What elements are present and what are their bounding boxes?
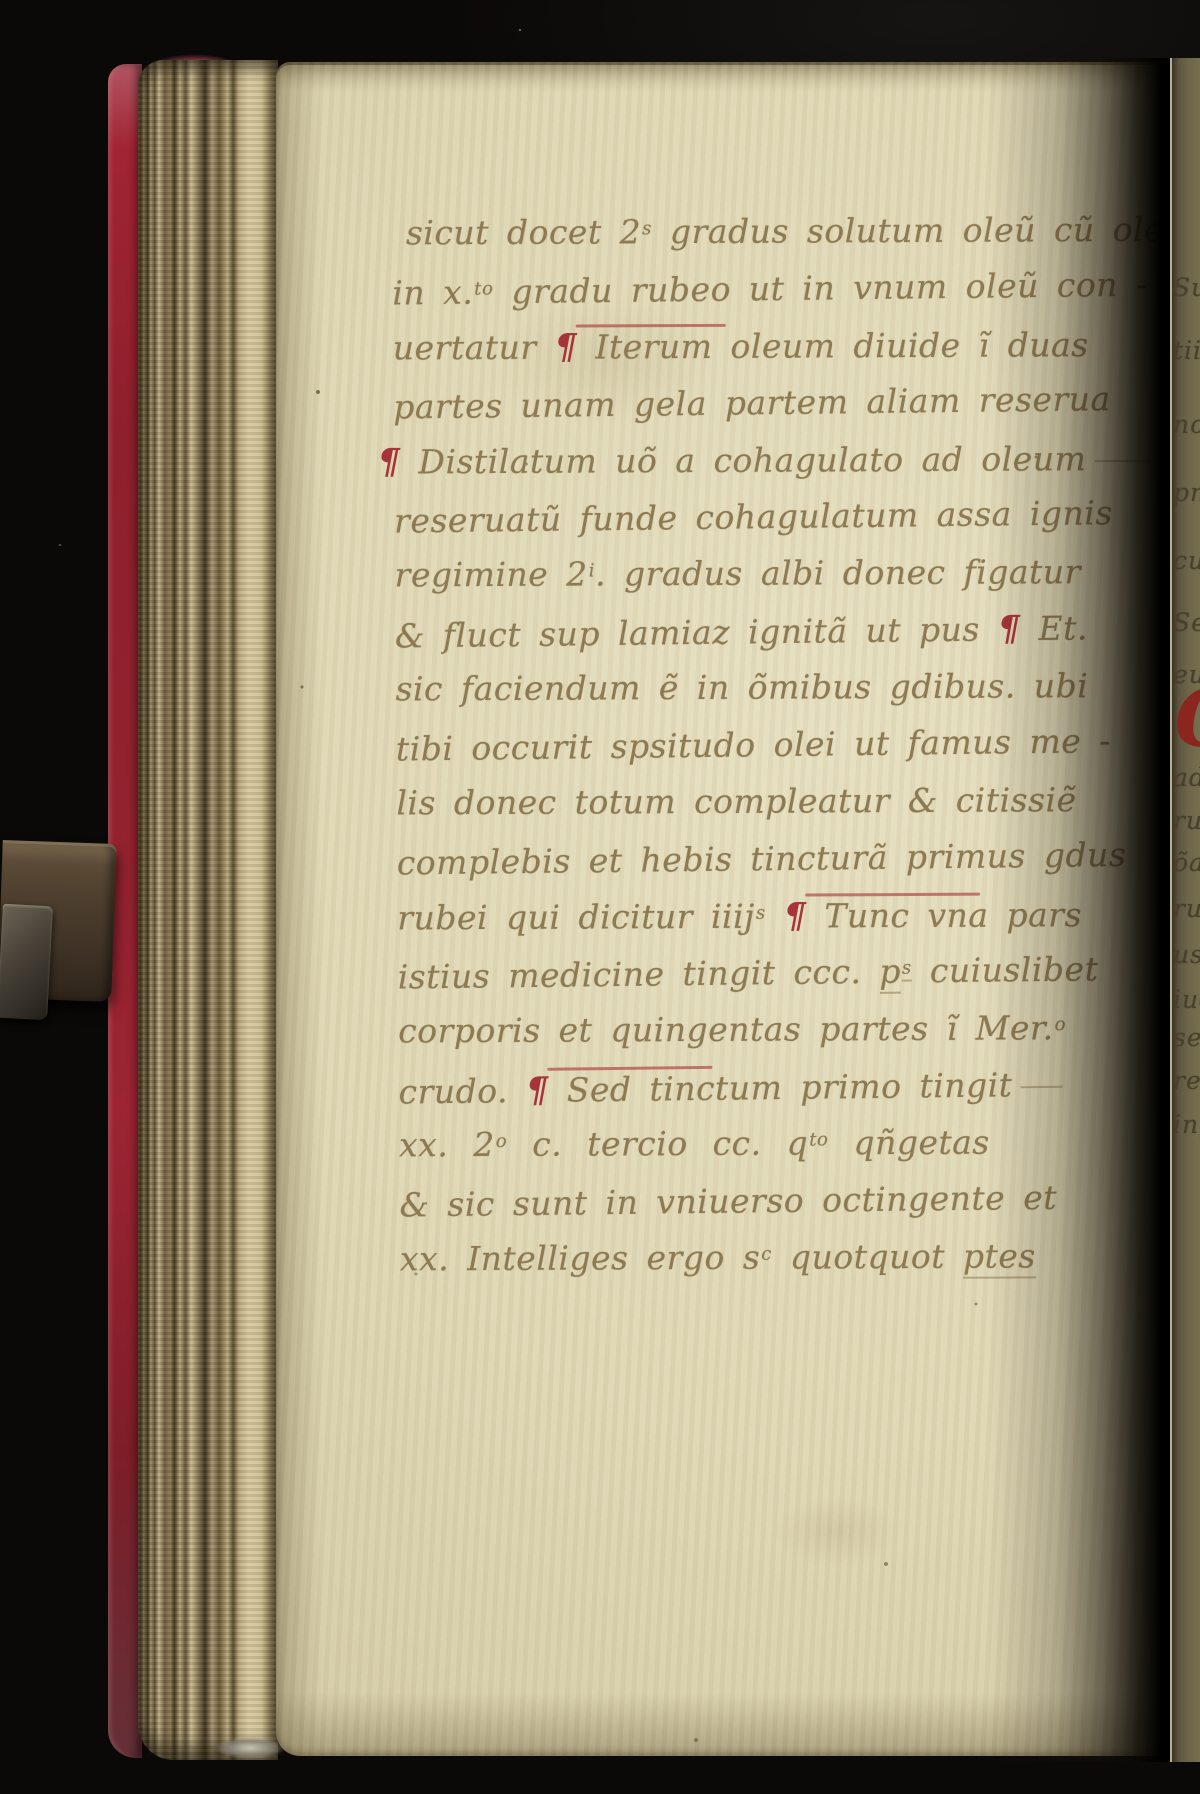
page-edge-stack [138, 60, 278, 1760]
text-line: reseruatũ funde cohagulatum assa ignis [394, 495, 995, 559]
text-segment: lis donec totum compleatur & citissiẽ [396, 780, 1076, 822]
pilcrow-mark: ¶ [784, 895, 807, 936]
text-segment: s [756, 903, 766, 924]
clasp-catch-bottom [214, 1737, 286, 1759]
facing-text-fragment: cut [1173, 546, 1200, 575]
text-segment: xx. Intelliges ergo s [400, 1238, 760, 1279]
clasp-buckle [0, 904, 53, 1020]
pilcrow-mark: ¶ [555, 327, 578, 368]
text-segment: & fluct sup lamiaz ignitã ut pus [395, 609, 998, 655]
text-segment: xx. 2 [399, 1125, 495, 1164]
text-line: ¶ Distilatum uõ a cohagulato ad oleum [378, 439, 994, 499]
facing-text-fragment: Sed t [1173, 608, 1200, 637]
facing-text-fragment: rubeu [1173, 894, 1200, 923]
text-line: in x.to gradu rubeo ut in vnum oleũ con … [392, 267, 993, 331]
text-segment: to [809, 1129, 828, 1150]
pilcrow-mark: ¶ [526, 1070, 549, 1111]
text-segment: Sed tinctum primo tingit [549, 1065, 1013, 1109]
text-block: sicut docet 2s gradus solutum oleũ cũ ol… [392, 210, 1000, 1298]
text-segment: s [902, 957, 912, 981]
text-segment: p [879, 952, 901, 994]
facing-text-fragment: õale [1173, 848, 1200, 877]
facing-text-fragment: ust [1173, 940, 1200, 969]
text-segment: sicut docet 2 [406, 212, 641, 252]
text-line: xx. 2o c. tercio cc. qto qñgetas [399, 1123, 999, 1183]
text-segment [766, 897, 784, 936]
text-line: sicut docet 2s gradus solutum oleũ cũ ol… [406, 211, 992, 271]
facing-page-sliver: SunttiiqnoupmcutSed teuamQad qrubrõaleru… [1170, 58, 1200, 1762]
text-segment: in x. [392, 273, 473, 313]
text-segment: quotquot [772, 1237, 963, 1277]
text-segment: corporis et quingentas partes ĩ Mer. [398, 1008, 1054, 1050]
text-line: corporis et quingentas partes ĩ Mer.o [398, 1009, 998, 1069]
facing-text-fragment: tiiq [1173, 336, 1200, 365]
text-segment: o [496, 1131, 508, 1152]
text-line: sic faciendum ẽ in õmibus gdibus. ubi [395, 667, 995, 727]
facing-text-fragment: pm [1173, 478, 1200, 507]
photo-background: sicut docet 2s gradus solutum oleũ cũ ol… [0, 0, 1200, 1794]
facing-text-fragment: ad q [1173, 763, 1200, 792]
text-line: tibi occurit spsitudo olei ut famus me - [396, 722, 997, 786]
facing-text-fragment: nou [1173, 410, 1200, 439]
text-segment: qñgetas [828, 1123, 990, 1163]
text-line: & fluct sup lamiaz ignitã ut pus ¶ Et. [395, 608, 996, 672]
facing-text-fragment: rubr [1173, 806, 1200, 835]
text-line: rubei qui dicitur iiijs ¶ Tunc vna pars [397, 895, 997, 955]
text-segment: regimine 2 [395, 555, 588, 595]
text-segment: istius medicine tingit ccc. [397, 952, 879, 997]
text-segment: to [474, 278, 493, 299]
text-line: istius medicine tingit ccc. ps cuiuslibe… [397, 950, 998, 1014]
facing-initial-Q: Q [1173, 683, 1200, 753]
text-line: xx. Intelliges ergo sc quotquot ptes [400, 1237, 1000, 1297]
page-edge-grain [138, 60, 278, 1760]
text-segment: c. tercio cc. q [507, 1123, 808, 1163]
text-line: crudo. ¶ Sed tinctum primo tingit [398, 1064, 999, 1128]
pilcrow-mark: ¶ [378, 441, 401, 482]
facing-text-fragment: iud [1173, 985, 1200, 1014]
facing-text-fragment: rese [1173, 1066, 1200, 1095]
text-line: complebis et hebis tincturã primus gdus [397, 836, 998, 900]
text-segment: rubei qui dicitur iiij [397, 897, 755, 938]
text-segment: s [642, 218, 652, 239]
facing-text-fragment: Sunt [1173, 273, 1200, 302]
text-segment: crudo. [398, 1071, 526, 1111]
facing-text-fragment: ing [1173, 1110, 1200, 1139]
text-segment: uertatur [393, 328, 555, 368]
text-line: uertatur ¶ Iterum oleum diuide ĩ duas [393, 325, 993, 385]
text-line: lis donec totum compleatur & citissiẽ [396, 781, 996, 841]
text-line: partes unam gela partem aliam reserua [393, 381, 994, 445]
text-line: regimine 2i. gradus albi donec figatur [395, 553, 995, 613]
text-segment: c [761, 1244, 772, 1265]
text-segment: sic faciendum ẽ in õmibus gdibus. ubi [395, 666, 1088, 708]
facing-text-fragment: sev [1173, 1023, 1200, 1052]
text-segment: Distilatum uõ a cohagulato ad oleum [400, 439, 1086, 481]
text-segment: & sic sunt in vniuerso octingente et [399, 1178, 1057, 1225]
text-line: & sic sunt in vniuerso octingente et [399, 1178, 1000, 1242]
gutter-shadow [988, 58, 1170, 1762]
